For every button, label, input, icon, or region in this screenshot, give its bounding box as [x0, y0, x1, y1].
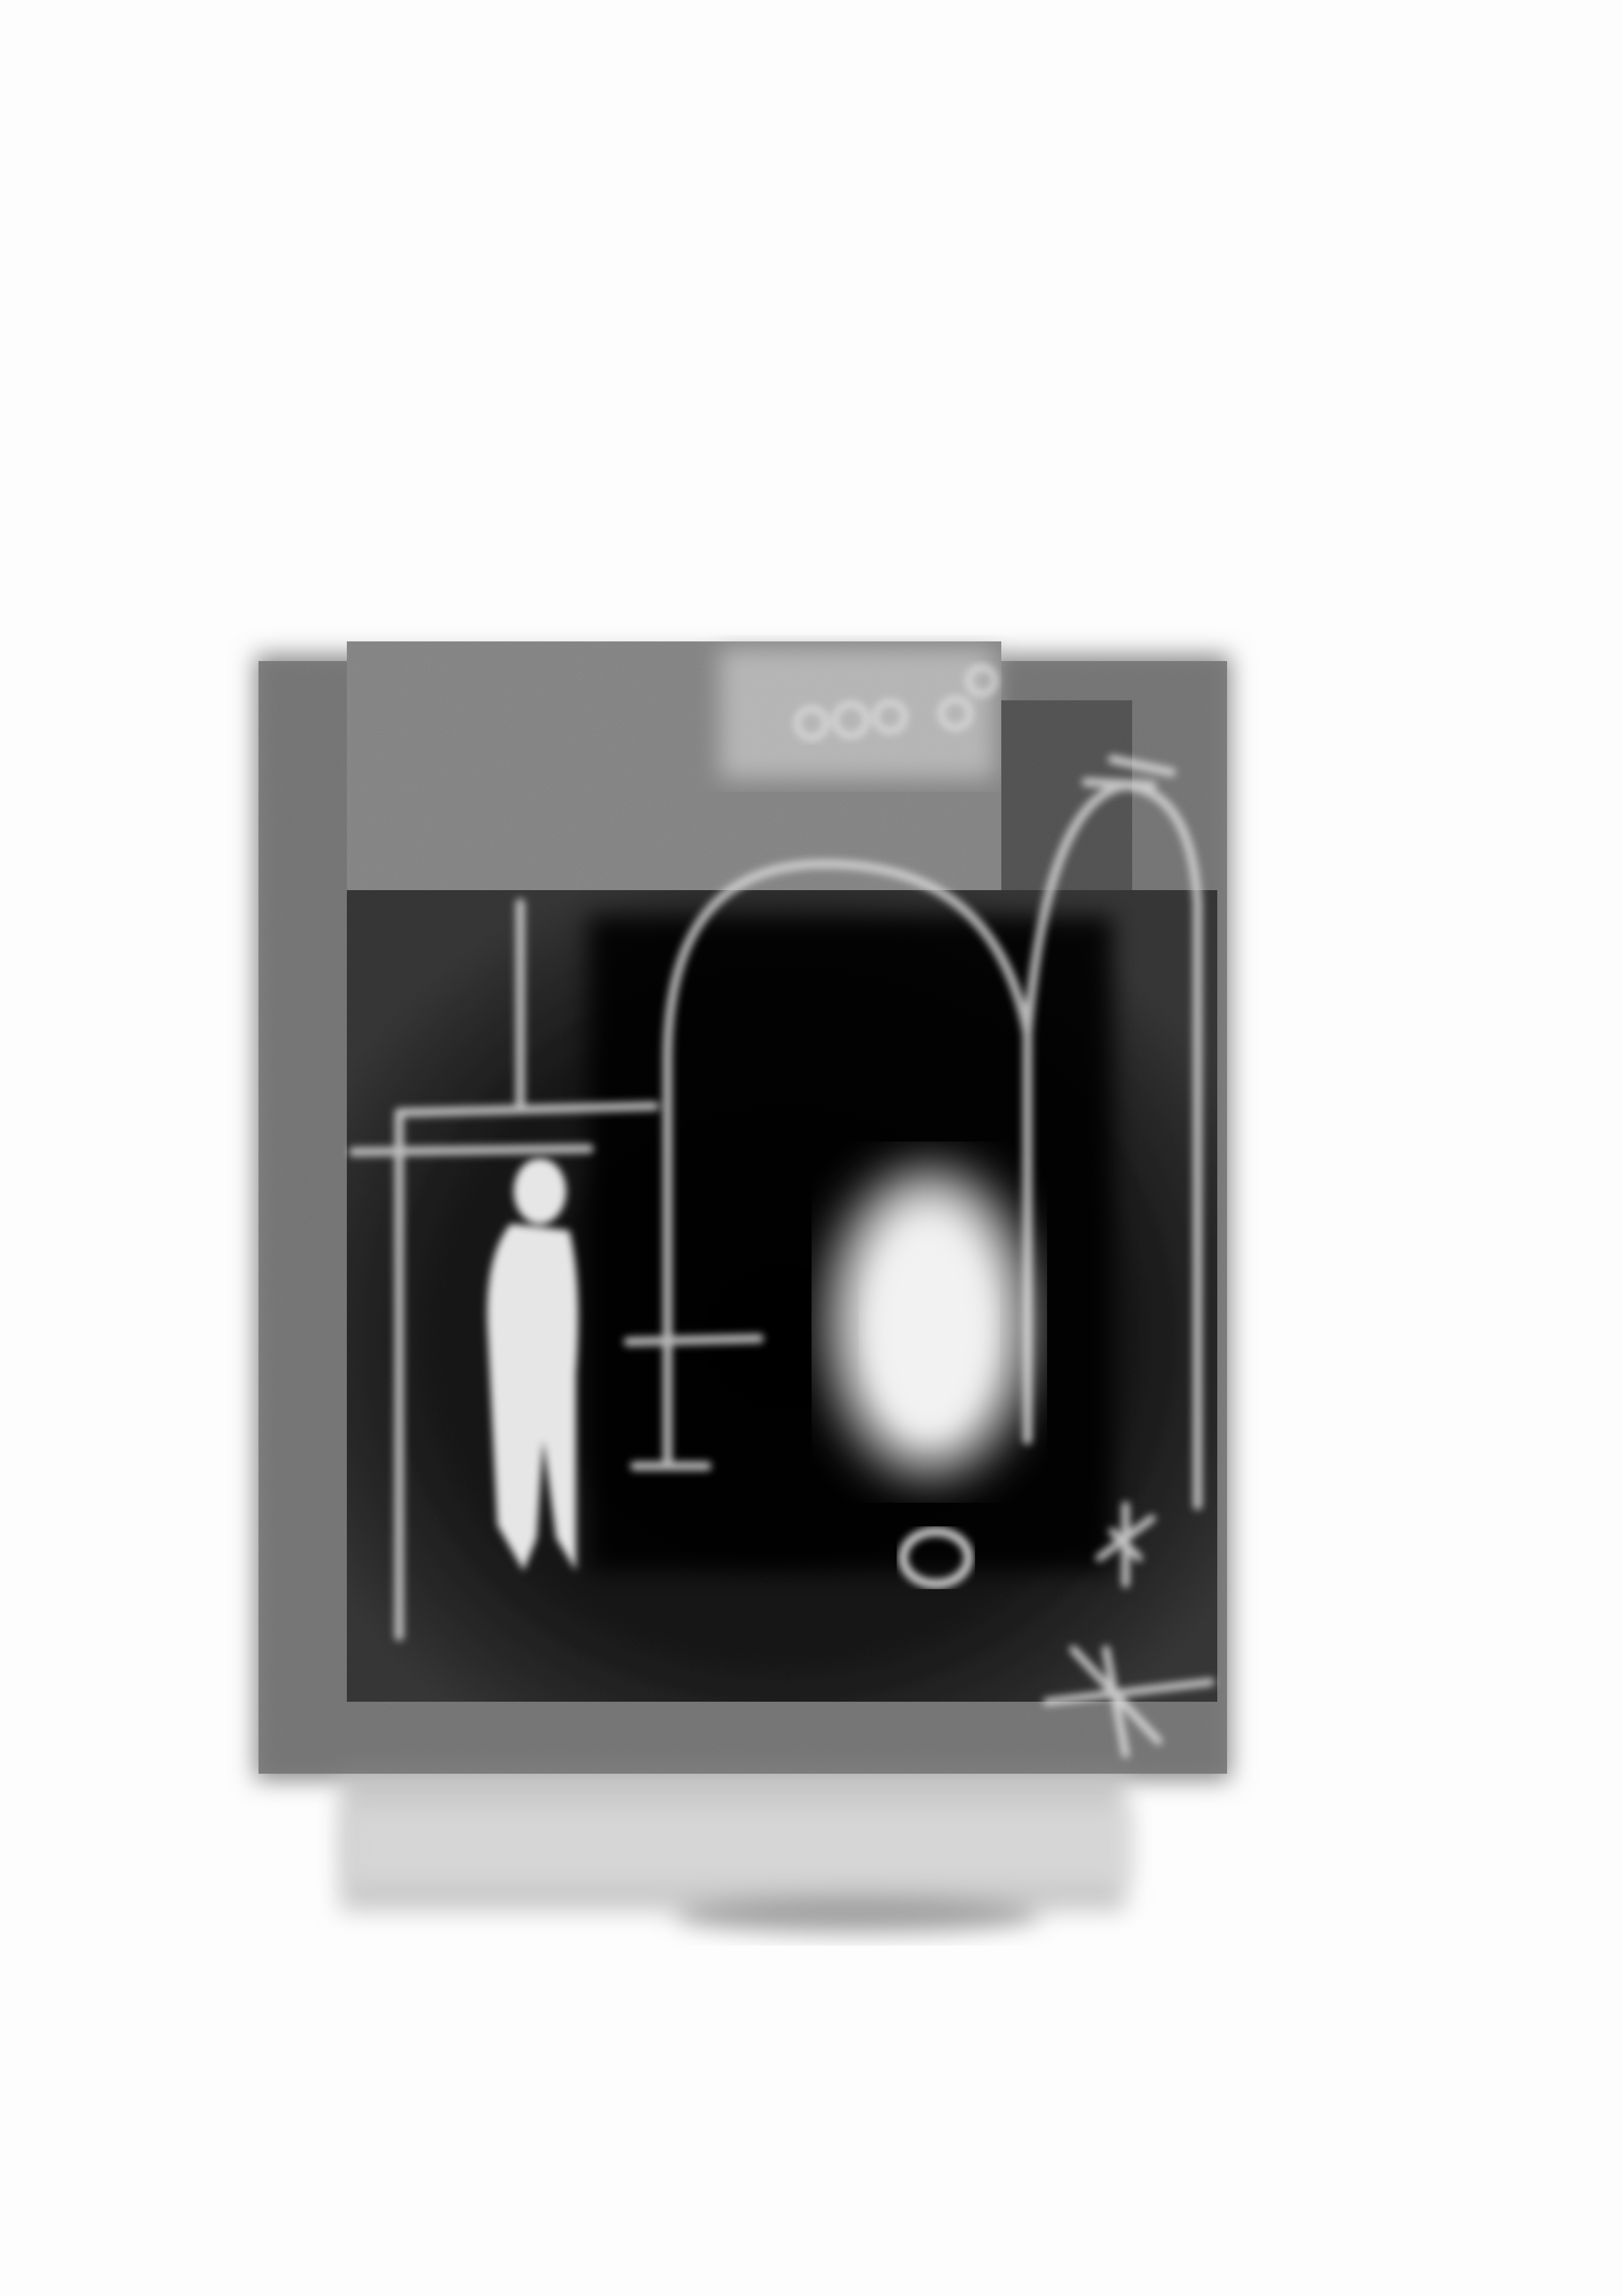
- monoprint-artwork: [0, 0, 1623, 2296]
- paper-background: [0, 0, 1623, 2296]
- bottom-smudge: [347, 1806, 1132, 1933]
